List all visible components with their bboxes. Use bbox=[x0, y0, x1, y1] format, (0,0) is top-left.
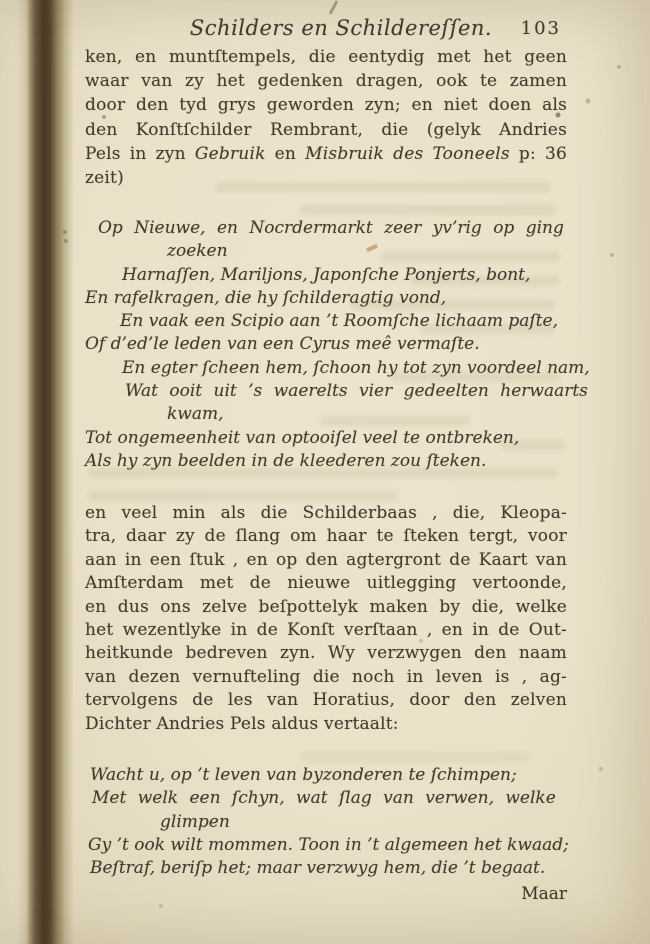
verse-line: En egter ſcheen hem, ſchoon hy tot zyn v… bbox=[85, 357, 567, 380]
text-line: het wezentlyke in de Konſt verſtaan , en… bbox=[85, 619, 567, 642]
catchword: Maar bbox=[85, 884, 574, 904]
verse-line: En rafelkragen, die hy ſchilderagtig von… bbox=[85, 287, 567, 310]
show-through-ghost bbox=[300, 752, 530, 762]
verse-line: zoeken bbox=[85, 240, 567, 263]
verse-line: glimpen bbox=[85, 811, 567, 834]
page-header: Schilders en Schildereſſen. 103 bbox=[85, 16, 567, 46]
text-line: Dichter Andries Pels aldus vertaalt: bbox=[85, 713, 567, 736]
text-line: aan in een ſtuk , en op den agtergront d… bbox=[85, 549, 567, 572]
verse-line: Wacht u, op ’t leven van byzonderen te ſ… bbox=[85, 764, 567, 787]
verse-line: kwam, bbox=[85, 403, 567, 426]
verse-line: Gy ’t ook wilt mommen. Toon in ’t algeme… bbox=[85, 834, 567, 857]
verse-line: Als hy zyn beelden in de kleederen zou ſ… bbox=[85, 450, 567, 473]
running-title: Schilders en Schildereſſen. bbox=[190, 16, 492, 40]
text-line: tra, daar zy de ſlang om haar te ſteken … bbox=[85, 525, 567, 548]
page-number: 103 bbox=[521, 18, 561, 39]
verse-line: Of d’ed’le leden van een Cyrus meê verma… bbox=[85, 333, 567, 356]
verse-line: Op Nieuwe, en Nocrdermarkt zeer yv’rig o… bbox=[85, 217, 567, 240]
text-line: van dezen vernufteling die noch in leven… bbox=[85, 666, 567, 689]
verse-line: En vaak een Scipio aan ’t Roomſche licha… bbox=[85, 310, 567, 333]
paragraph-opening: ken, en muntſtempels, die eentydig met h… bbox=[85, 45, 567, 190]
book-page-scan: Schilders en Schildereſſen. 103 ken, en … bbox=[0, 0, 650, 944]
text-line: door den tyd grys geworden zyn; en niet … bbox=[85, 93, 567, 117]
gutter-shadow bbox=[28, 0, 74, 944]
text-line: tervolgens de les van Horatius, door den… bbox=[85, 689, 567, 712]
text-segment-italic: Gebruik bbox=[195, 144, 266, 164]
show-through-ghost bbox=[300, 205, 555, 215]
text-line: Pels in zyn Gebruik en Misbruik des Toon… bbox=[85, 142, 567, 166]
verse-line: Wat ooit uit ’s waerelts vier gedeelten … bbox=[85, 380, 567, 403]
text-segment: en bbox=[266, 144, 306, 164]
left-page-edge bbox=[0, 0, 30, 944]
verse-line: Beſtraf, beriſp het; maar verzwyg hem, d… bbox=[85, 857, 567, 880]
show-through-ghost bbox=[88, 491, 398, 501]
text-line: heitkunde bedreven zyn. Wy verzwygen den… bbox=[85, 642, 567, 665]
verse-quotation-2: Wacht u, op ’t leven van byzonderen te ſ… bbox=[85, 764, 567, 880]
verse-line: Met welk een ſchyn, wat ſlag van verwen,… bbox=[85, 787, 567, 810]
text-line: en dus ons zelve beſpottelyk maken by di… bbox=[85, 596, 567, 619]
text-line: zeit) bbox=[85, 166, 567, 190]
text-segment-italic: Misbruik des Tooneels bbox=[305, 144, 510, 164]
text-line: en veel min als die Schilderbaas , die, … bbox=[85, 502, 567, 525]
text-line: den Konſtſchilder Rembrant, die (gelyk A… bbox=[85, 118, 567, 142]
text-segment: Pels in zyn bbox=[85, 144, 195, 164]
verse-line: Harnaſſen, Mariljons, Japonſche Ponjerts… bbox=[85, 264, 567, 287]
text-segment: p: 36 bbox=[510, 144, 567, 164]
paper-speckles bbox=[0, 0, 2, 2]
body-paragraph: en veel min als die Schilderbaas , die, … bbox=[85, 502, 567, 736]
verse-line: Tot ongemeenheit van optooiſel veel te o… bbox=[85, 427, 567, 450]
text-line: ken, en muntſtempels, die eentydig met h… bbox=[85, 45, 567, 69]
verse-quotation-1: Op Nieuwe, en Nocrdermarkt zeer yv’rig o… bbox=[85, 217, 567, 473]
text-line: Amſterdam met de nieuwe uitlegging verto… bbox=[85, 572, 567, 595]
text-line: waar van zy het gedenken dragen, ook te … bbox=[85, 69, 567, 93]
pen-stroke-mark bbox=[329, 0, 339, 15]
